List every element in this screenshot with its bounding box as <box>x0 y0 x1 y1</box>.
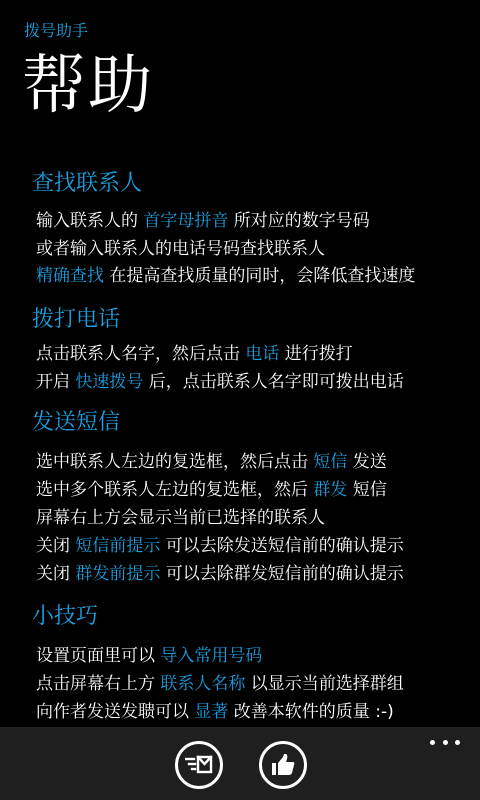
help-line: 选中多个联系人左边的复选框，然后 群发 短信 <box>36 479 387 501</box>
help-line: 或者输入联系人的电话号码查找联系人 <box>36 238 325 260</box>
app-bar <box>0 727 480 800</box>
line-text: 选中多个联系人左边的复选框，然后 <box>36 480 313 500</box>
section-heading-send-sms: 发送短信 <box>32 409 120 437</box>
help-line: 点击联系人名字，然后点击 电话 进行拨打 <box>36 343 353 365</box>
ellipsis-icon-dot <box>443 740 448 745</box>
line-text: 在提高查找质量的同时，会降低查找速度 <box>104 266 415 286</box>
line-text: 发送 <box>347 452 386 472</box>
help-line: 选中联系人左边的复选框，然后点击 短信 发送 <box>36 451 387 473</box>
highlight-term: 群发 <box>313 480 347 500</box>
ellipsis-icon-dot <box>455 740 460 745</box>
help-line: 输入联系人的 首字母拼音 所对应的数字号码 <box>36 210 370 232</box>
line-text: 开启 <box>36 372 75 392</box>
highlight-term: 群发前提示 <box>75 564 160 584</box>
thumbs-up-icon <box>271 754 295 776</box>
line-text: 设置页面里可以 <box>36 646 160 666</box>
help-line: 精确查找 在提高查找质量的同时，会降低查找速度 <box>36 265 415 287</box>
highlight-term: 短信前提示 <box>75 536 160 556</box>
highlight-term: 精确查找 <box>36 266 104 286</box>
line-text: 进行拨打 <box>279 344 352 364</box>
highlight-term: 显著 <box>194 702 228 722</box>
line-text: 可以去除群发短信前的确认提示 <box>160 564 403 584</box>
line-text: 改善本软件的质量 :-) <box>228 702 393 722</box>
highlight-term: 首字母拼音 <box>143 211 228 231</box>
help-line: 设置页面里可以 导入常用号码 <box>36 645 262 667</box>
more-options-button[interactable] <box>430 735 460 749</box>
line-text: 可以去除发送短信前的确认提示 <box>160 536 403 556</box>
send-feedback-button[interactable] <box>175 741 223 789</box>
highlight-term: 电话 <box>245 344 279 364</box>
line-text: 关闭 <box>36 536 75 556</box>
rate-button[interactable] <box>259 741 307 789</box>
line-text: 或者输入联系人的电话号码查找联系人 <box>36 239 325 259</box>
help-line: 关闭 短信前提示 可以去除发送短信前的确认提示 <box>36 535 404 557</box>
line-text: 屏幕右上方会显示当前已选择的联系人 <box>36 508 325 528</box>
line-text: 所对应的数字号码 <box>228 211 369 231</box>
ellipsis-icon-dot <box>430 740 435 745</box>
section-heading-search-contacts: 查找联系人 <box>32 170 142 198</box>
highlight-term: 短信 <box>313 452 347 472</box>
line-text: 向作者发送发聩可以 <box>36 702 194 722</box>
help-line: 屏幕右上方会显示当前已选择的联系人 <box>36 507 325 529</box>
line-text: 短信 <box>347 480 386 500</box>
line-text: 点击联系人名字，然后点击 <box>36 344 245 364</box>
help-line: 点击屏幕右上方 联系人名称 以显示当前选择群组 <box>36 673 404 695</box>
help-content[interactable]: 查找联系人 输入联系人的 首字母拼音 所对应的数字号码 或者输入联系人的电话号码… <box>0 0 443 727</box>
send-mail-icon <box>185 754 213 776</box>
line-text: 输入联系人的 <box>36 211 143 231</box>
line-text: 关闭 <box>36 564 75 584</box>
section-heading-tips: 小技巧 <box>32 603 98 631</box>
highlight-term: 导入常用号码 <box>160 646 262 666</box>
line-text: 点击屏幕右上方 <box>36 674 160 694</box>
line-text: 后，点击联系人名字即可拨出电话 <box>143 372 403 392</box>
help-line: 向作者发送发聩可以 显著 改善本软件的质量 :-) <box>36 701 394 723</box>
line-text: 以显示当前选择群组 <box>245 674 403 694</box>
line-text: 选中联系人左边的复选框，然后点击 <box>36 452 313 472</box>
section-heading-make-call: 拨打电话 <box>32 306 120 334</box>
help-line: 开启 快速拨号 后，点击联系人名字即可拨出电话 <box>36 371 404 393</box>
highlight-term: 快速拨号 <box>75 372 143 392</box>
help-line: 关闭 群发前提示 可以去除群发短信前的确认提示 <box>36 563 404 585</box>
highlight-term: 联系人名称 <box>160 674 245 694</box>
